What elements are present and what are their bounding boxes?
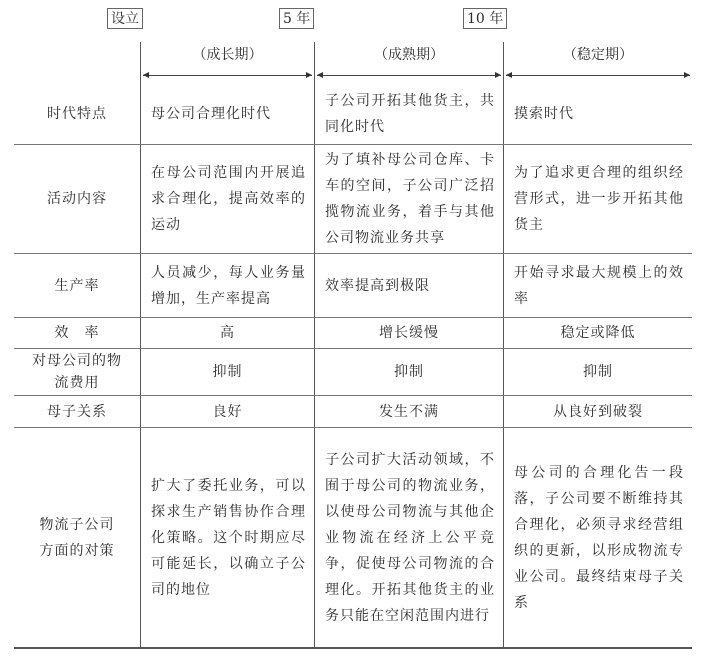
row-header-era: 时代特点 [14, 84, 140, 144]
table-bottom-rule [14, 647, 692, 649]
maturity-span-arrow [317, 75, 501, 76]
cell-era-stable: 摸索时代 [504, 84, 692, 144]
cell-countermeasures-maturity: 子公司扩大活动领域，不囿于母公司的物流业务，以使母公司物流与其他企业物流在经济上… [315, 428, 503, 647]
cell-efficiency-stable: 稳定或降低 [504, 318, 692, 348]
arrow-right-icon [306, 72, 312, 78]
growth-span-arrow [143, 75, 312, 76]
cell-productivity-growth: 人员减少，每人业务量增加，生产率提高 [141, 254, 314, 317]
cell-activity-maturity: 为了填补母公司仓库、卡车的空间，子公司广泛招揽物流业务，着手与其他公司物流业务共… [315, 145, 503, 253]
phase-growth-label: （成长期） [141, 44, 314, 64]
row-header-logistics-cost: 对母公司的物流费用 [14, 349, 140, 395]
phase-stable-label: （稳定期） [504, 44, 692, 64]
arrow-left-icon [143, 72, 149, 78]
arrow-left-icon [506, 72, 512, 78]
cell-countermeasures-stable: 母公司的合理化告一段落，子公司要不断维持其合理化，必须寻求经营组织的更新，以形成… [504, 428, 692, 647]
cell-productivity-stable: 开始寻求最大规模上的效率 [504, 254, 692, 317]
cell-cost-growth: 抑制 [141, 349, 314, 395]
row-header-efficiency: 效 率 [14, 318, 140, 348]
marker-establish: 设立 [107, 8, 143, 29]
cell-era-growth: 母公司合理化时代 [141, 84, 314, 144]
cell-countermeasures-growth: 扩大了委托业务，可以探求生产销售协作合理化策略。这个时期应尽可能延长，以确立子公… [141, 428, 314, 647]
cell-productivity-maturity: 效率提高到极限 [315, 254, 503, 317]
row-header-countermeasures: 物流子公司方面的对策 [14, 428, 140, 647]
cell-cost-stable: 抑制 [504, 349, 692, 395]
cell-relationship-stable: 从良好到破裂 [504, 396, 692, 427]
marker-5-years: 5 年 [279, 8, 314, 29]
row-header-relationship: 母子关系 [14, 396, 140, 427]
phase-maturity-label: （成熟期） [315, 44, 503, 64]
marker-10-years: 10 年 [463, 8, 507, 29]
arrow-right-icon [684, 72, 690, 78]
row-header-productivity: 生产率 [14, 254, 140, 317]
arrow-left-icon [317, 72, 323, 78]
stable-span-arrow [506, 75, 690, 76]
cell-efficiency-growth: 高 [141, 318, 314, 348]
cell-relationship-maturity: 发生不满 [315, 396, 503, 427]
cell-efficiency-maturity: 增长缓慢 [315, 318, 503, 348]
cell-activity-stable: 为了追求更合理的组织经营形式，进一步开拓其他货主 [504, 145, 692, 253]
arrow-right-icon [495, 72, 501, 78]
cell-activity-growth: 在母公司范围内开展追求合理化，提高效率的运动 [141, 145, 314, 253]
row-header-activity: 活动内容 [14, 145, 140, 253]
cell-cost-maturity: 抑制 [315, 349, 503, 395]
cell-relationship-growth: 良好 [141, 396, 314, 427]
cell-era-maturity: 子公司开拓其他货主，共同化时代 [315, 84, 503, 144]
